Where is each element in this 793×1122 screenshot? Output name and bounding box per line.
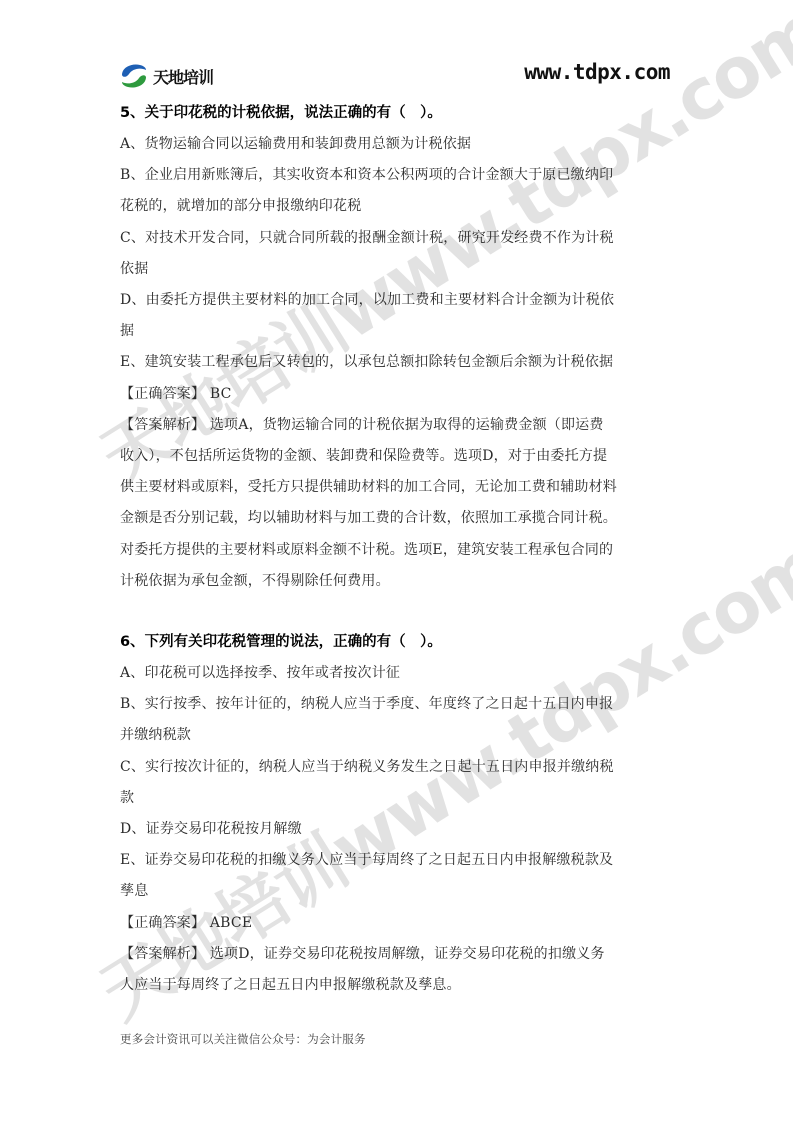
option-e: E、证券交易印花税的扣缴义务人应当于每周终了之日起五日内申报解缴税款及 孳息	[120, 845, 675, 907]
option-b: B、实行按季、按年计征的，纳税人应当于季度、年度终了之日起十五日内申报 并缴纳税…	[120, 689, 675, 751]
logo-text: 天地培训	[153, 65, 213, 88]
page-header: 天地培训 www.tdpx.com	[118, 60, 670, 92]
swirl-logo-icon	[118, 62, 150, 90]
answer-label: 【正确答案】	[120, 386, 205, 402]
answer-analysis: 【答案解析】 选项A，货物运输合同的计税依据为取得的运输费金额（即运费 收入），…	[120, 410, 675, 597]
option-a: A、货物运输合同以运输费用和装卸费用总额为计税依据	[120, 129, 675, 160]
option-b: B、企业启用新账簿后，其实收资本和资本公积两项的合计金额大于原已缴纳印 花税的，…	[120, 160, 675, 222]
correct-answer: 【正确答案】 ABCE	[120, 908, 675, 939]
option-c: C、实行按次计征的，纳税人应当于纳税义务发生之日起十五日内申报并缴纳税 款	[120, 752, 675, 814]
analysis-label: 【答案解析】	[120, 946, 205, 962]
answer-value: BC	[210, 386, 232, 402]
option-e: E、建筑安装工程承包后又转包的，以承包总额扣除转包金额后余额为计税依据	[120, 347, 675, 378]
option-a: A、印花税可以选择按季、按年或者按次计征	[120, 658, 675, 689]
page-footer: 更多会计资讯可以关注微信公众号：为会计服务	[120, 1031, 366, 1047]
document-body: 5、关于印花税的计税依据，说法正确的有（ ）。 A、货物运输合同以运输费用和装卸…	[120, 98, 675, 1001]
section-gap	[120, 597, 675, 627]
answer-label: 【正确答案】	[120, 915, 205, 931]
option-d: D、证券交易印花税按月解缴	[120, 814, 675, 845]
option-c: C、对技术开发合同，只就合同所载的报酬金额计税，研究开发经费不作为计税 依据	[120, 223, 675, 285]
option-d: D、由委托方提供主要材料的加工合同，以加工费和主要材料合计金额为计税依 据	[120, 285, 675, 347]
question-6: 6、下列有关印花税管理的说法，正确的有（ ）。 A、印花税可以选择按季、按年或者…	[120, 627, 675, 1001]
question-5: 5、关于印花税的计税依据，说法正确的有（ ）。 A、货物运输合同以运输费用和装卸…	[120, 98, 675, 597]
brand-logo: 天地培训	[118, 62, 213, 90]
site-url: www.tdpx.com	[524, 60, 670, 84]
question-title: 5、关于印花税的计税依据，说法正确的有（ ）。	[120, 98, 675, 129]
answer-value: ABCE	[210, 915, 252, 931]
analysis-label: 【答案解析】	[120, 417, 205, 433]
document-page: 天地培训www.tdpx.com 天地培训www.tdpx.com 天地培训 w…	[0, 0, 793, 1122]
question-title: 6、下列有关印花税管理的说法，正确的有（ ）。	[120, 627, 675, 658]
correct-answer: 【正确答案】 BC	[120, 379, 675, 410]
answer-analysis: 【答案解析】 选项D，证券交易印花税按周解缴，证券交易印花税的扣缴义务 人应当于…	[120, 939, 675, 1001]
